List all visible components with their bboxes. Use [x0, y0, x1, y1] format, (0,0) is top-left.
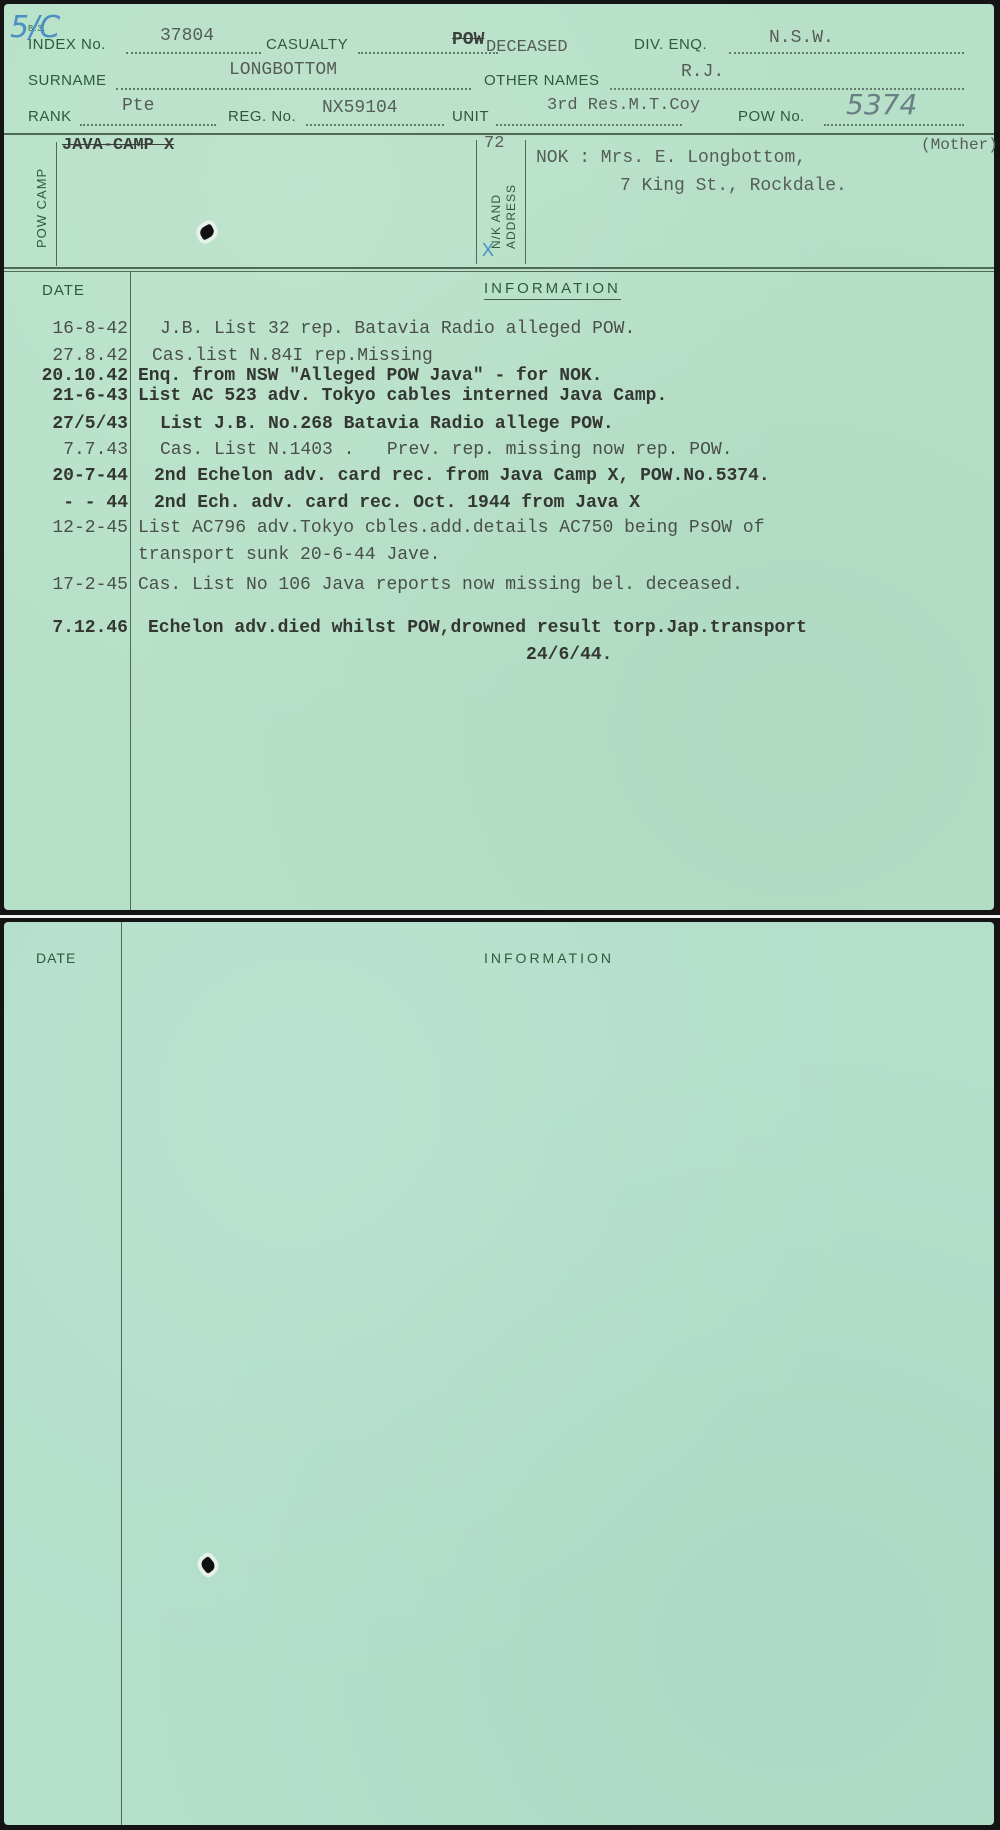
div-enq-label: DIV. ENQ. [634, 36, 707, 53]
row-information: Enq. from NSW "Alleged POW Java" - for N… [138, 366, 602, 386]
pow-camp-label: POW CAMP [34, 168, 49, 248]
surname-value: LONGBOTTOM [229, 60, 337, 80]
casualty-label: CASUALTY [266, 36, 348, 53]
row-date: 7.7.43 [63, 440, 128, 460]
row-information: List J.B. No.268 Batavia Radio allege PO… [160, 414, 614, 434]
pow-no-value: 5374 [846, 88, 917, 121]
other-names-value: R.J. [681, 62, 724, 82]
nok-line1: NOK : Mrs. E. Longbottom, [536, 148, 806, 168]
unit-underline [496, 124, 682, 126]
other-names-label: OTHER NAMES [484, 72, 600, 89]
row-information: Cas. List N.1403 . Prev. rep. missing no… [160, 440, 733, 460]
back-date-column-divider [121, 922, 122, 1825]
nok-number: 72 [484, 134, 504, 153]
reg-no-value: NX59104 [322, 98, 398, 118]
index-no-label: INDEX No. [28, 36, 106, 53]
reg-no-label: REG. No. [228, 108, 296, 125]
row-date: 12-2-45 [52, 518, 128, 538]
rank-underline [80, 124, 216, 126]
surname-label: SURNAME [28, 72, 107, 89]
nok-check-mark: X [482, 240, 494, 261]
index-no-value: 37804 [160, 26, 214, 46]
div-enq-value: N.S.W. [769, 28, 834, 48]
casualty-value: DECEASED [486, 38, 568, 57]
nok-line2: 7 King St., Rockdale. [620, 176, 847, 196]
casualty-struck-value: POW [452, 30, 484, 50]
record-card-back: DATE INFORMATION [4, 922, 994, 1825]
date-column-divider [130, 272, 131, 910]
row-date: 20.10.42 [42, 366, 128, 386]
row-date: 27/5/43 [52, 414, 128, 434]
pow-no-underline [824, 124, 964, 126]
row-information: 2nd Echelon adv. card rec. from Java Cam… [154, 466, 770, 486]
row-information: List AC796 adv.Tokyo cbles.add.details A… [138, 518, 765, 538]
row-date: - - 44 [63, 493, 128, 513]
information-header: INFORMATION [484, 280, 621, 300]
date-header: DATE [42, 282, 85, 299]
row-information: Cas. List No 106 Java reports now missin… [138, 575, 743, 595]
row-information: 2nd Ech. adv. card rec. Oct. 1944 from J… [154, 493, 640, 513]
back-information-header: INFORMATION [484, 950, 614, 966]
pow-camp-value: JAVA-CAMP X [62, 136, 174, 155]
information-table: DATE INFORMATION 16-8-42J.B. List 32 rep… [4, 272, 994, 910]
card-separator [0, 915, 1000, 918]
row-date: 21-6-43 [52, 386, 128, 406]
row-information: transport sunk 20-6-44 Jave. [138, 545, 440, 565]
div-enq-underline [729, 52, 964, 54]
back-punch-hole [199, 1556, 217, 1574]
pow-camp-left-line [56, 142, 57, 266]
nok-relation: (Mother) [921, 136, 998, 154]
rank-value: Pte [122, 96, 154, 116]
pow-no-label: POW No. [738, 108, 805, 125]
row-date: 17-2-45 [52, 575, 128, 595]
row-information: J.B. List 32 rep. Batavia Radio alleged … [160, 319, 635, 339]
surname-underline [116, 88, 471, 90]
casualty-underline [358, 52, 498, 54]
nok-right-line [525, 140, 526, 264]
record-card-front: B.3. 5/C INDEX No. 37804 CASUALTY POW DE… [4, 4, 994, 910]
row-information: List AC 523 adv. Tokyo cables interned J… [138, 386, 667, 406]
index-no-underline [126, 52, 261, 54]
reg-no-underline [306, 124, 444, 126]
row-date: 16-8-42 [52, 319, 128, 339]
row-information: Echelon adv.died whilst POW,drowned resu… [148, 618, 807, 638]
row-date: 7.12.46 [52, 618, 128, 638]
back-date-header: DATE [36, 950, 76, 966]
row-information: 24/6/44. [148, 645, 612, 665]
row-information: Cas.list N.84I rep.Missing [152, 346, 433, 366]
row-date: 27.8.42 [52, 346, 128, 366]
nok-left-line [476, 140, 477, 264]
nok-label-line2: ADDRESS [504, 184, 518, 249]
rank-label: RANK [28, 108, 72, 125]
unit-label: UNIT [452, 108, 489, 125]
row-date: 20-7-44 [52, 466, 128, 486]
punch-hole [198, 223, 216, 240]
unit-value: 3rd Res.M.T.Coy [547, 96, 700, 115]
section-divider-top [4, 267, 994, 269]
